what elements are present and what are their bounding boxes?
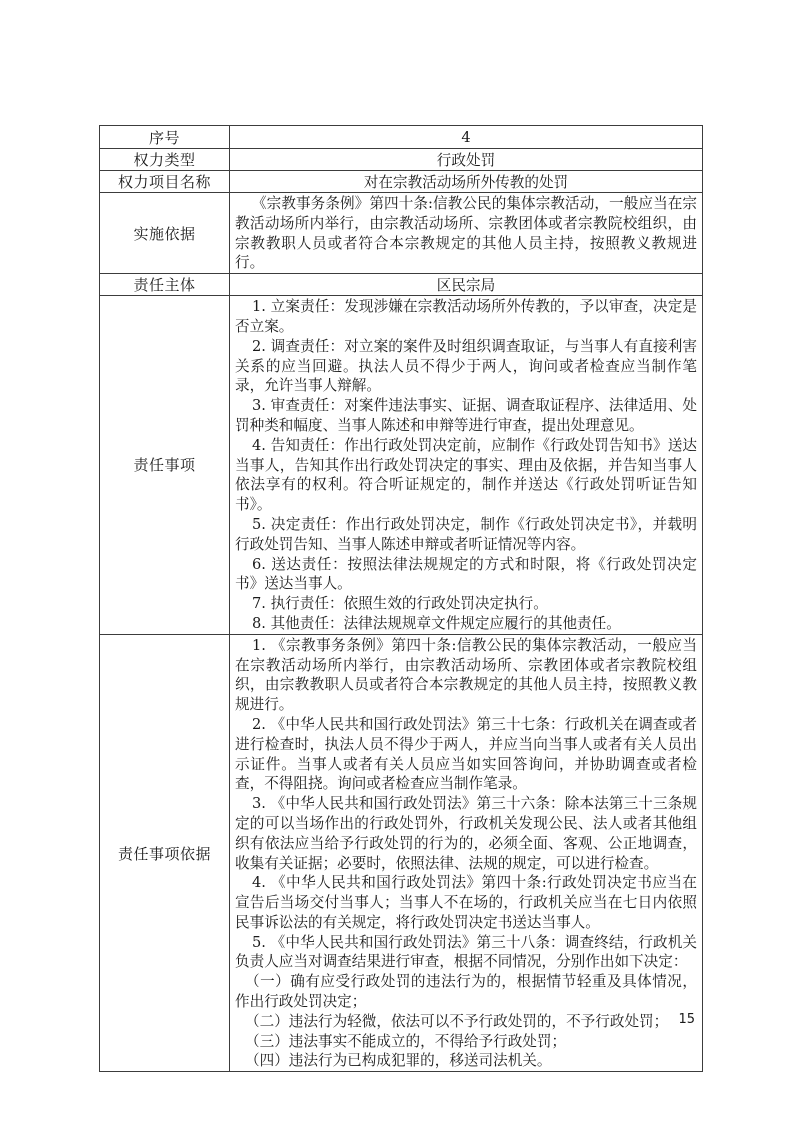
page-number: 15 bbox=[595, 1012, 695, 1027]
paragraph: 《宗教事务条例》第四十条:信教公民的集体宗教活动，一般应当在宗教活动场所内举行，… bbox=[235, 194, 697, 273]
paragraph: （一）确有应受行政处罚的违法行为的，根据情节轻重及具体情况，作出行政处罚决定； bbox=[235, 972, 697, 1012]
row-label: 责任事项 bbox=[100, 296, 230, 635]
row-value: 行政处罚 bbox=[230, 149, 703, 171]
row-value: 《宗教事务条例》第四十条:信教公民的集体宗教活动，一般应当在宗教活动场所内举行，… bbox=[230, 193, 703, 274]
paragraph: （三）违法事实不能成立的，不得给予行政处罚； bbox=[235, 1032, 697, 1052]
paragraph: 2. 调查责任：对立案的案件及时组织调查取证，与当事人有直接利害关系的应当回避。… bbox=[235, 337, 697, 396]
paragraph: 1. 《宗教事务条例》第四十条:信教公民的集体宗教活动，一般应当在宗教活动场所内… bbox=[235, 636, 697, 715]
paragraph: 6. 送达责任：按照法律法规规定的方式和时限，将《行政处罚决定书》送达当事人。 bbox=[235, 555, 697, 595]
row-value: 4 bbox=[230, 126, 703, 149]
paragraph: 2. 《中华人民共和国行政处罚法》第三十七条：行政机关在调查或者进行检查时，执法… bbox=[235, 715, 697, 794]
table-row: 序号 4 bbox=[100, 126, 703, 149]
row-value: 1. 《宗教事务条例》第四十条:信教公民的集体宗教活动，一般应当在宗教活动场所内… bbox=[230, 634, 703, 1072]
table-row: 实施依据 《宗教事务条例》第四十条:信教公民的集体宗教活动，一般应当在宗教活动场… bbox=[100, 193, 703, 274]
power-matrix-table: 序号 4 权力类型 行政处罚 权力项目名称 对在宗教活动场所外传教的处罚 实施依… bbox=[99, 125, 703, 1072]
table-body: 序号 4 权力类型 行政处罚 权力项目名称 对在宗教活动场所外传教的处罚 实施依… bbox=[100, 126, 703, 1072]
row-value: 对在宗教活动场所外传教的处罚 bbox=[230, 171, 703, 193]
paragraph: 1. 立案责任：发现涉嫌在宗教活动场所外传教的，予以审查，决定是否立案。 bbox=[235, 297, 697, 337]
row-label: 序号 bbox=[100, 126, 230, 149]
row-value: 区民宗局 bbox=[230, 274, 703, 296]
paragraph: 4. 《中华人民共和国行政处罚法》第四十条:行政处罚决定书应当在宣告后当场交付当… bbox=[235, 873, 697, 932]
paragraph: 8. 其他责任：法律法规规章文件规定应履行的其他责任。 bbox=[235, 614, 697, 634]
row-label: 实施依据 bbox=[100, 193, 230, 274]
row-label: 权力类型 bbox=[100, 149, 230, 171]
paragraph: 5. 《中华人民共和国行政处罚法》第三十八条：调查终结，行政机关负责人应当对调查… bbox=[235, 933, 697, 973]
paragraph: 7. 执行责任：依照生效的行政处罚决定执行。 bbox=[235, 594, 697, 614]
paragraph: 4. 告知责任：作出行政处罚决定前，应制作《行政处罚告知书》送达当事人，告知其作… bbox=[235, 436, 697, 515]
paragraph: 3. 审查责任：对案件违法事实、证据、调查取证程序、法律适用、处罚种类和幅度、当… bbox=[235, 396, 697, 436]
row-label: 责任事项依据 bbox=[100, 634, 230, 1072]
row-label: 权力项目名称 bbox=[100, 171, 230, 193]
table-row: 责任事项 1. 立案责任：发现涉嫌在宗教活动场所外传教的，予以审查，决定是否立案… bbox=[100, 296, 703, 635]
table-row: 权力项目名称 对在宗教活动场所外传教的处罚 bbox=[100, 171, 703, 193]
paragraph: 3. 《中华人民共和国行政处罚法》第三十六条：除本法第三十三条规定的可以当场作出… bbox=[235, 794, 697, 873]
table-row: 责任事项依据 1. 《宗教事务条例》第四十条:信教公民的集体宗教活动，一般应当在… bbox=[100, 634, 703, 1072]
row-label: 责任主体 bbox=[100, 274, 230, 296]
paragraph: （四）违法行为已构成犯罪的，移送司法机关。 bbox=[235, 1051, 697, 1071]
table-row: 权力类型 行政处罚 bbox=[100, 149, 703, 171]
table-row: 责任主体 区民宗局 bbox=[100, 274, 703, 296]
paragraph: 5. 决定责任：作出行政处罚决定，制作《行政处罚决定书》，并载明行政处罚告知、当… bbox=[235, 515, 697, 555]
row-value: 1. 立案责任：发现涉嫌在宗教活动场所外传教的，予以审查，决定是否立案。2. 调… bbox=[230, 296, 703, 635]
